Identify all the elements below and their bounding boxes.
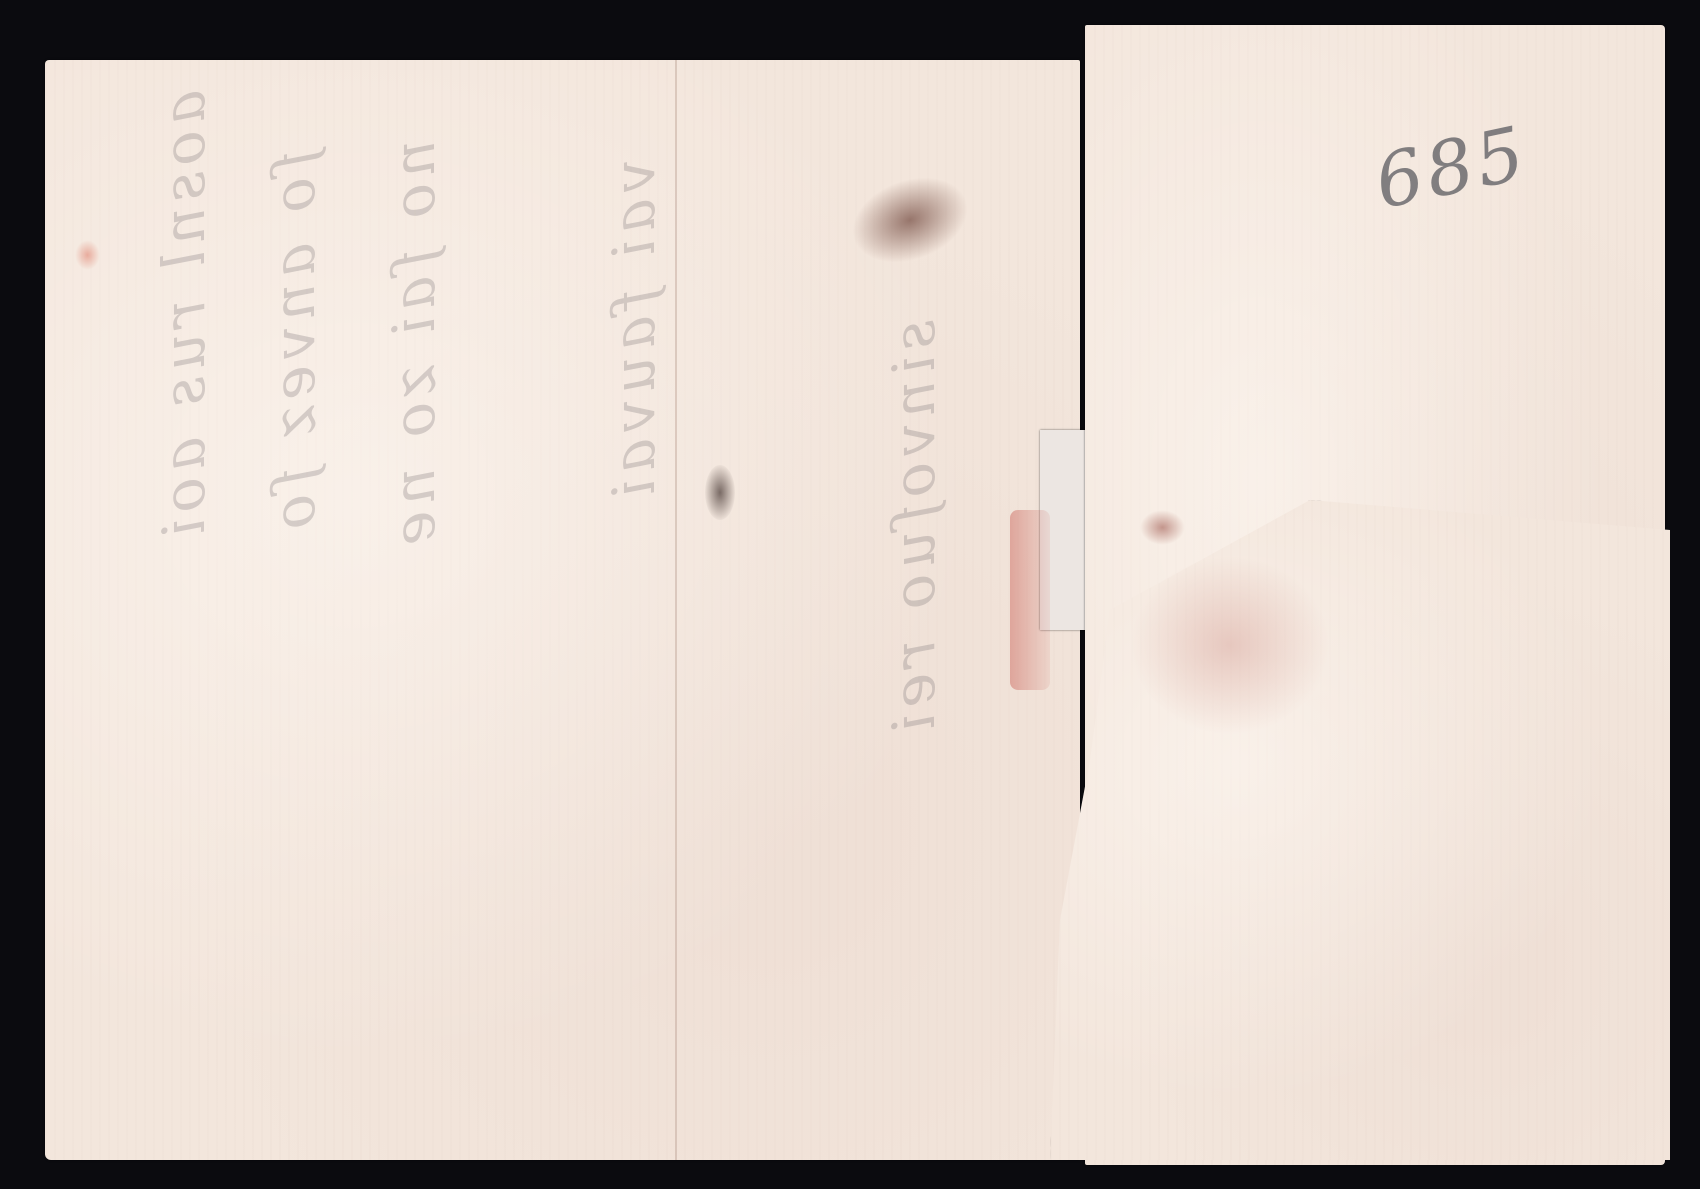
show-through-handwriting: no ſai zo ne [380,140,448,551]
wax-seal-remnant [1010,510,1050,690]
wax-seal-remnant [1140,510,1185,545]
show-through-handwriting: sinvoſuo rei [880,320,948,738]
vertical-fold-line [675,60,677,1160]
ink-blot [705,465,735,520]
show-through-handwriting: vai fauvai [600,160,668,504]
show-through-handwriting: ſo anvez ſo [260,150,328,535]
show-through-handwriting: aosnl rus aoi [150,90,218,543]
wax-seal-stain [1130,555,1330,735]
red-stain [75,240,100,270]
